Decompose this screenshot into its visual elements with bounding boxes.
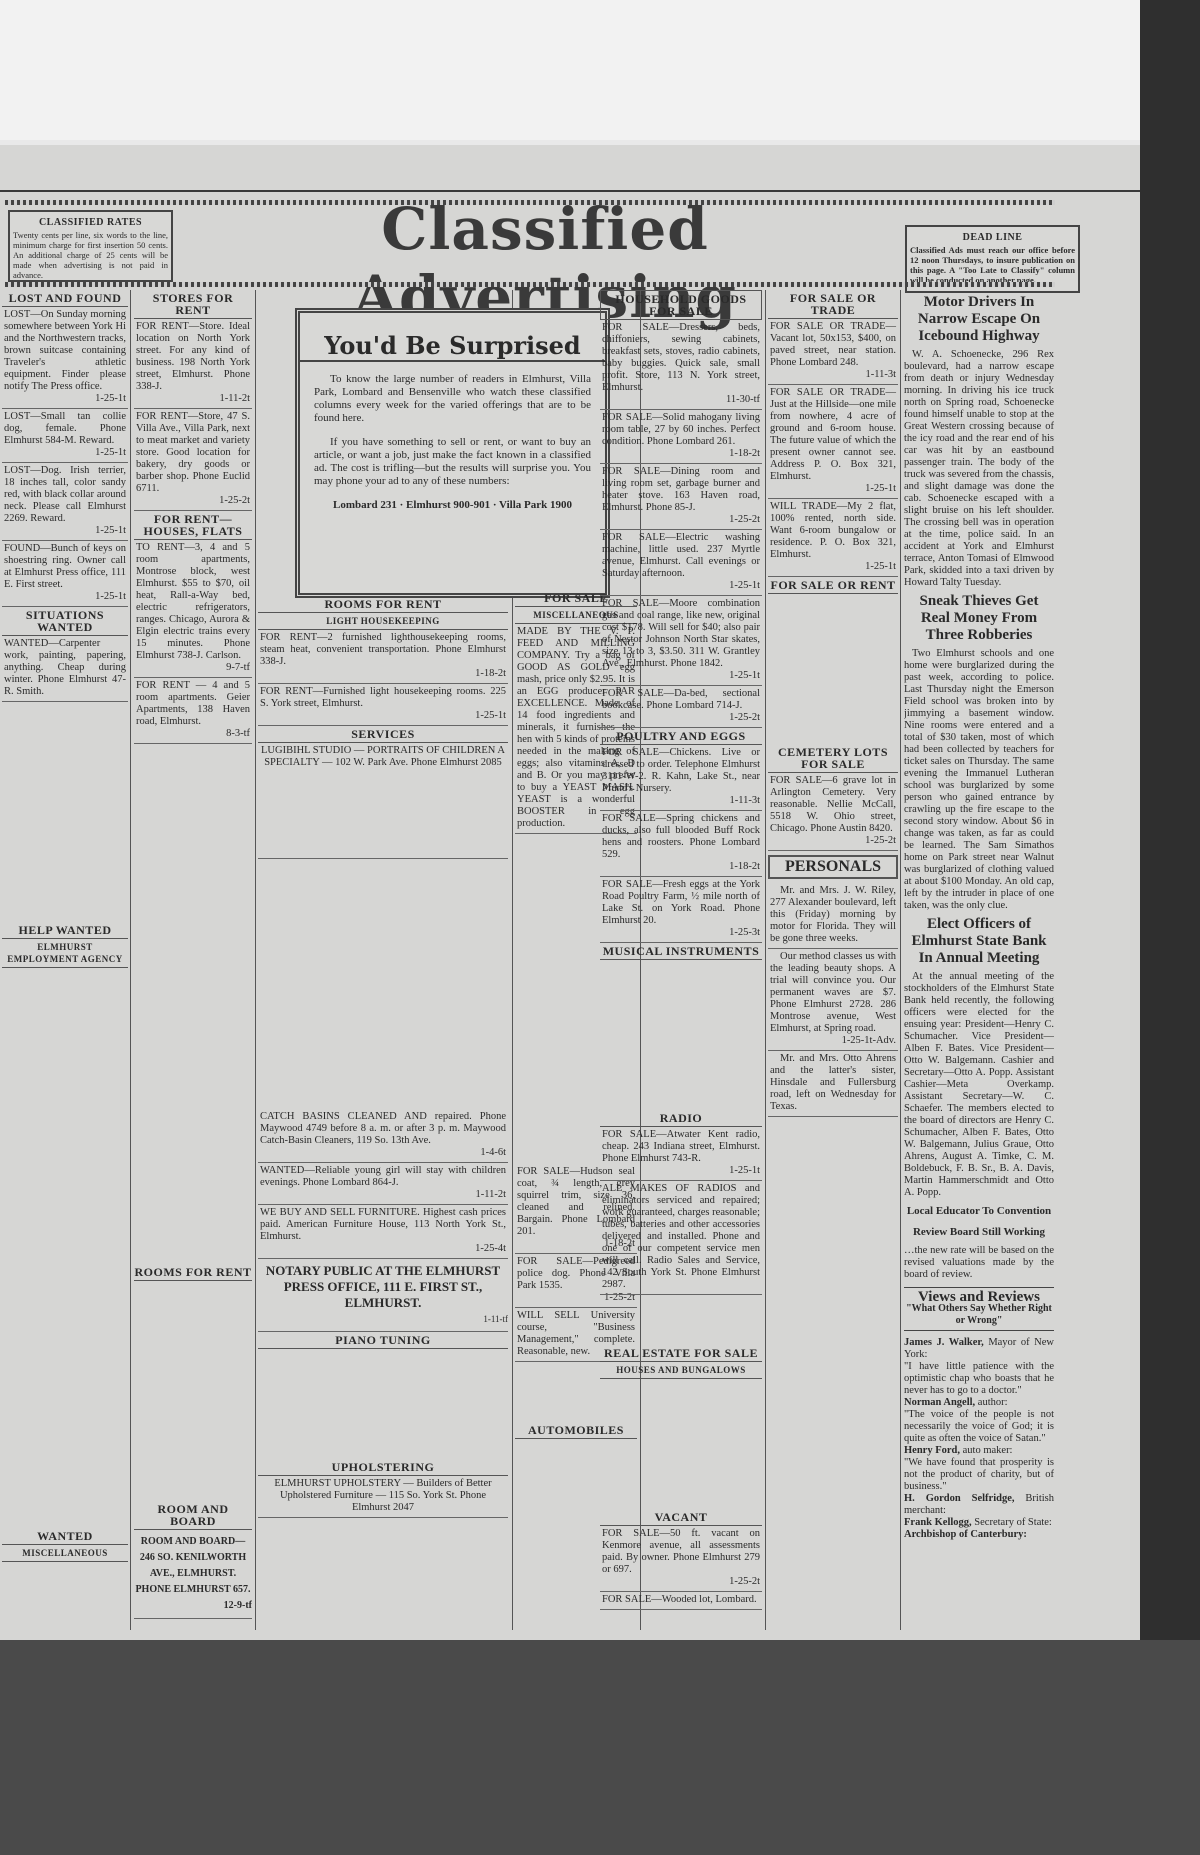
- classified-ad: FOR SALE—Moore combination gas and coal …: [600, 596, 762, 686]
- personal-item: Mr. and Mrs. J. W. Riley, 277 Alexander …: [768, 883, 898, 949]
- section-heading-rooms-for-rent: ROOMS FOR RENT: [134, 1264, 252, 1281]
- classified-ad: FOR SALE OR TRADE—Vacant lot, 50x153, $4…: [768, 319, 898, 385]
- section-heading-household-goods: HOUSEHOLD GOODS FOR SALE: [600, 290, 762, 320]
- story-headline: Motor Drivers In Narrow Escape On Icebou…: [904, 294, 1054, 345]
- section-heading-poultry-eggs: POULTRY AND EGGS: [600, 728, 762, 745]
- subheading: HOUSES AND BUNGALOWS: [600, 1362, 762, 1379]
- deadline-title: DEAD LINE: [910, 230, 1075, 245]
- header-rule: [0, 190, 1140, 192]
- section-heading-real-estate: REAL ESTATE FOR SALE: [600, 1345, 762, 1362]
- classified-ad: FOR SALE—Dining room and living room set…: [600, 464, 762, 530]
- section-heading-wanted: WANTED: [2, 1528, 128, 1545]
- classified-ad: FOR SALE—Spring chickens and ducks, also…: [600, 811, 762, 877]
- story-body: At the annual meeting of the stockholder…: [904, 971, 1054, 1199]
- story-body: W. A. Schoenecke, 296 Rex boulevard, had…: [904, 349, 1054, 589]
- section-heading-vacant: VACANT: [600, 1509, 762, 1526]
- story-headline: Review Board Still Working: [904, 1224, 1054, 1241]
- section-heading-cemetery-lots: CEMETERY LOTS FOR SALE: [768, 744, 898, 773]
- column-1: LOST AND FOUND LOST—On Sunday morning so…: [2, 290, 128, 1630]
- classified-ad: FOR SALE—Dressers, beds, chiffoniers, se…: [600, 320, 762, 410]
- column-rule: [255, 290, 256, 1630]
- header-border-bottom: [5, 282, 1055, 287]
- classified-ad: FOR RENT—Store. Ideal location on North …: [134, 319, 252, 409]
- classified-ad: WILL TRADE—My 2 flat, 100% rented, north…: [768, 499, 898, 577]
- classified-ad: FOR SALE—6 grave lot in Arlington Cemete…: [768, 773, 898, 851]
- classified-ad: FOR SALE—Chickens. Live or dressed to or…: [600, 745, 762, 811]
- section-heading-piano-tuning: PIANO TUNING: [258, 1332, 508, 1349]
- section-heading-upholstering: UPHOLSTERING: [258, 1459, 508, 1476]
- quote-item: Henry Ford, auto maker:"We have found th…: [904, 1445, 1054, 1493]
- deadline-text: Classified Ads must reach our office bef…: [910, 245, 1075, 285]
- column-6: FOR SALE OR TRADE FOR SALE OR TRADE—Vaca…: [768, 290, 898, 1630]
- classified-ad: ROOM AND BOARD—246 SO. KENILWORTH AVE., …: [134, 1530, 252, 1619]
- column-rule: [765, 290, 766, 1630]
- section-heading-radio: RADIO: [600, 1110, 762, 1127]
- section-heading-musical-instruments: MUSICAL INSTRUMENTS: [600, 943, 762, 960]
- views-subtitle: "What Others Say Whether Right or Wrong": [904, 1303, 1054, 1327]
- section-heading-lost-found: LOST AND FOUND: [2, 290, 128, 307]
- scan-top-margin: [0, 0, 1200, 140]
- classified-ad: FOR SALE—Wooded lot, Lombard.: [600, 1592, 762, 1610]
- column-2: STORES FOR RENT FOR RENT—Store. Ideal lo…: [134, 290, 252, 1630]
- section-heading-stores-for-rent: STORES FOR RENT: [134, 290, 252, 319]
- section-heading-rooms-for-rent: ROOMS FOR RENT: [258, 596, 508, 613]
- classified-rates-box: CLASSIFIED RATES Twenty cents per line, …: [8, 210, 173, 282]
- classified-ad: FOR RENT—Furnished light housekeeping ro…: [258, 684, 508, 726]
- personal-item: Our method classes us with the leading b…: [768, 949, 898, 1051]
- subheading: MISCELLANEOUS: [2, 1545, 128, 1562]
- classified-ad: WANTED—Carpenter work, painting, paperin…: [2, 636, 128, 702]
- classified-ad: ALL MAKES OF RADIOS and eliminators serv…: [600, 1181, 762, 1295]
- subheading: LIGHT HOUSEKEEPING: [258, 613, 508, 630]
- quote-item: Frank Kellogg, Secretary of State:: [904, 1517, 1054, 1529]
- classified-ad: LOST—Dog. Irish terrier, 18 inches tall,…: [2, 463, 128, 541]
- classified-ad: WE BUY AND SELL FURNITURE. Highest cash …: [258, 1205, 508, 1259]
- column-3: ROOMS FOR RENT LIGHT HOUSEKEEPING FOR RE…: [258, 596, 508, 1636]
- scan-right-edge: [1140, 0, 1200, 1855]
- section-heading-situations-wanted: SITUATIONS WANTED: [2, 607, 128, 636]
- story-body: Two Elmhurst schools and one home were b…: [904, 648, 1054, 912]
- subheading: ELMHURST EMPLOYMENT AGENCY: [2, 939, 128, 968]
- rates-text: Twenty cents per line, six words to the …: [13, 230, 168, 280]
- classified-ad: FOR SALE—Electric washing machine, littl…: [600, 530, 762, 596]
- quote-item: James J. Walker, Mayor of New York:"I ha…: [904, 1337, 1054, 1397]
- studio-ad: LUGIBIHL STUDIO — PORTRAITS OF CHILDREN …: [258, 743, 508, 859]
- views-title: Views and Reviews: [904, 1291, 1054, 1303]
- classified-ad: FOR SALE—50 ft. vacant on Kenmore avenue…: [600, 1526, 762, 1592]
- classified-ad: FOR RENT—2 furnished lighthousekeeping r…: [258, 630, 508, 684]
- classified-ad: LOST—On Sunday morning somewhere between…: [2, 307, 128, 409]
- story-headline: Sneak Thieves Get Real Money From Three …: [904, 593, 1054, 644]
- section-heading-houses-flats: FOR RENT—HOUSES, FLATS: [134, 511, 252, 540]
- column-5: HOUSEHOLD GOODS FOR SALE FOR SALE—Dresse…: [600, 290, 762, 1630]
- section-heading-for-sale-or-rent: FOR SALE OR RENT: [768, 577, 898, 594]
- classified-ad: FOR SALE OR TRADE—Just at the Hillside—o…: [768, 385, 898, 499]
- section-heading-personals: PERSONALS: [768, 855, 898, 879]
- story-headline: Elect Officers of Elmhurst State Bank In…: [904, 916, 1054, 967]
- upholstery-ad: ELMHURST UPHOLSTERY — Builders of Better…: [258, 1476, 508, 1518]
- classified-ad: FOR RENT—Store, 47 S. Villa Ave., Villa …: [134, 409, 252, 511]
- classified-ad: FOR SALE—Fresh eggs at the York Road Pou…: [600, 877, 762, 943]
- views-reviews-header: Views and Reviews "What Others Say Wheth…: [904, 1287, 1054, 1331]
- classified-ad: FOR SALE—Atwater Kent radio, cheap. 243 …: [600, 1127, 762, 1181]
- personal-item: Mr. and Mrs. Otto Ahrens and the latter'…: [768, 1051, 898, 1117]
- rates-title: CLASSIFIED RATES: [13, 215, 168, 230]
- classified-ad: WANTED—Reliable young girl will stay wit…: [258, 1163, 508, 1205]
- section-heading-room-and-board: ROOM AND BOARD: [134, 1501, 252, 1530]
- quote-item: H. Gordon Selfridge, British merchant:: [904, 1493, 1054, 1517]
- classified-ad: FOR RENT — 4 and 5 room apartments. Geie…: [134, 678, 252, 744]
- section-heading-for-sale-or-trade: FOR SALE OR TRADE: [768, 290, 898, 319]
- scan-bottom-margin: [0, 1640, 1200, 1855]
- classified-ad: TO RENT—3, 4 and 5 room apartments, Mont…: [134, 540, 252, 678]
- section-heading-services: SERVICES: [258, 726, 508, 743]
- notary-ad: NOTARY PUBLIC AT THE ELMHURST PRESS OFFI…: [258, 1259, 508, 1332]
- quote-item: Archbishop of Canterbury:: [904, 1529, 1054, 1541]
- quote-item: Norman Angell, author:"The voice of the …: [904, 1397, 1054, 1445]
- classified-ad: FOR SALE—Solid mahogany living room tabl…: [600, 410, 762, 464]
- classified-ad: FOUND—Bunch of keys on shoestring ring. …: [2, 541, 128, 607]
- section-heading-help-wanted: HELP WANTED: [2, 922, 128, 939]
- story-body: …the new rate will be based on the revis…: [904, 1245, 1054, 1281]
- classified-ad: CATCH BASINS CLEANED AND repaired. Phone…: [258, 1109, 508, 1163]
- story-headline: Local Educator To Convention: [904, 1203, 1054, 1220]
- column-rule: [130, 290, 131, 1630]
- classified-ad: LOST—Small tan collie dog, female. Phone…: [2, 409, 128, 463]
- column-rule: [900, 290, 901, 1630]
- news-column: Motor Drivers In Narrow Escape On Icebou…: [904, 290, 1054, 1630]
- classified-ad: FOR SALE—Da-bed, sectional bookcase. Pho…: [600, 686, 762, 728]
